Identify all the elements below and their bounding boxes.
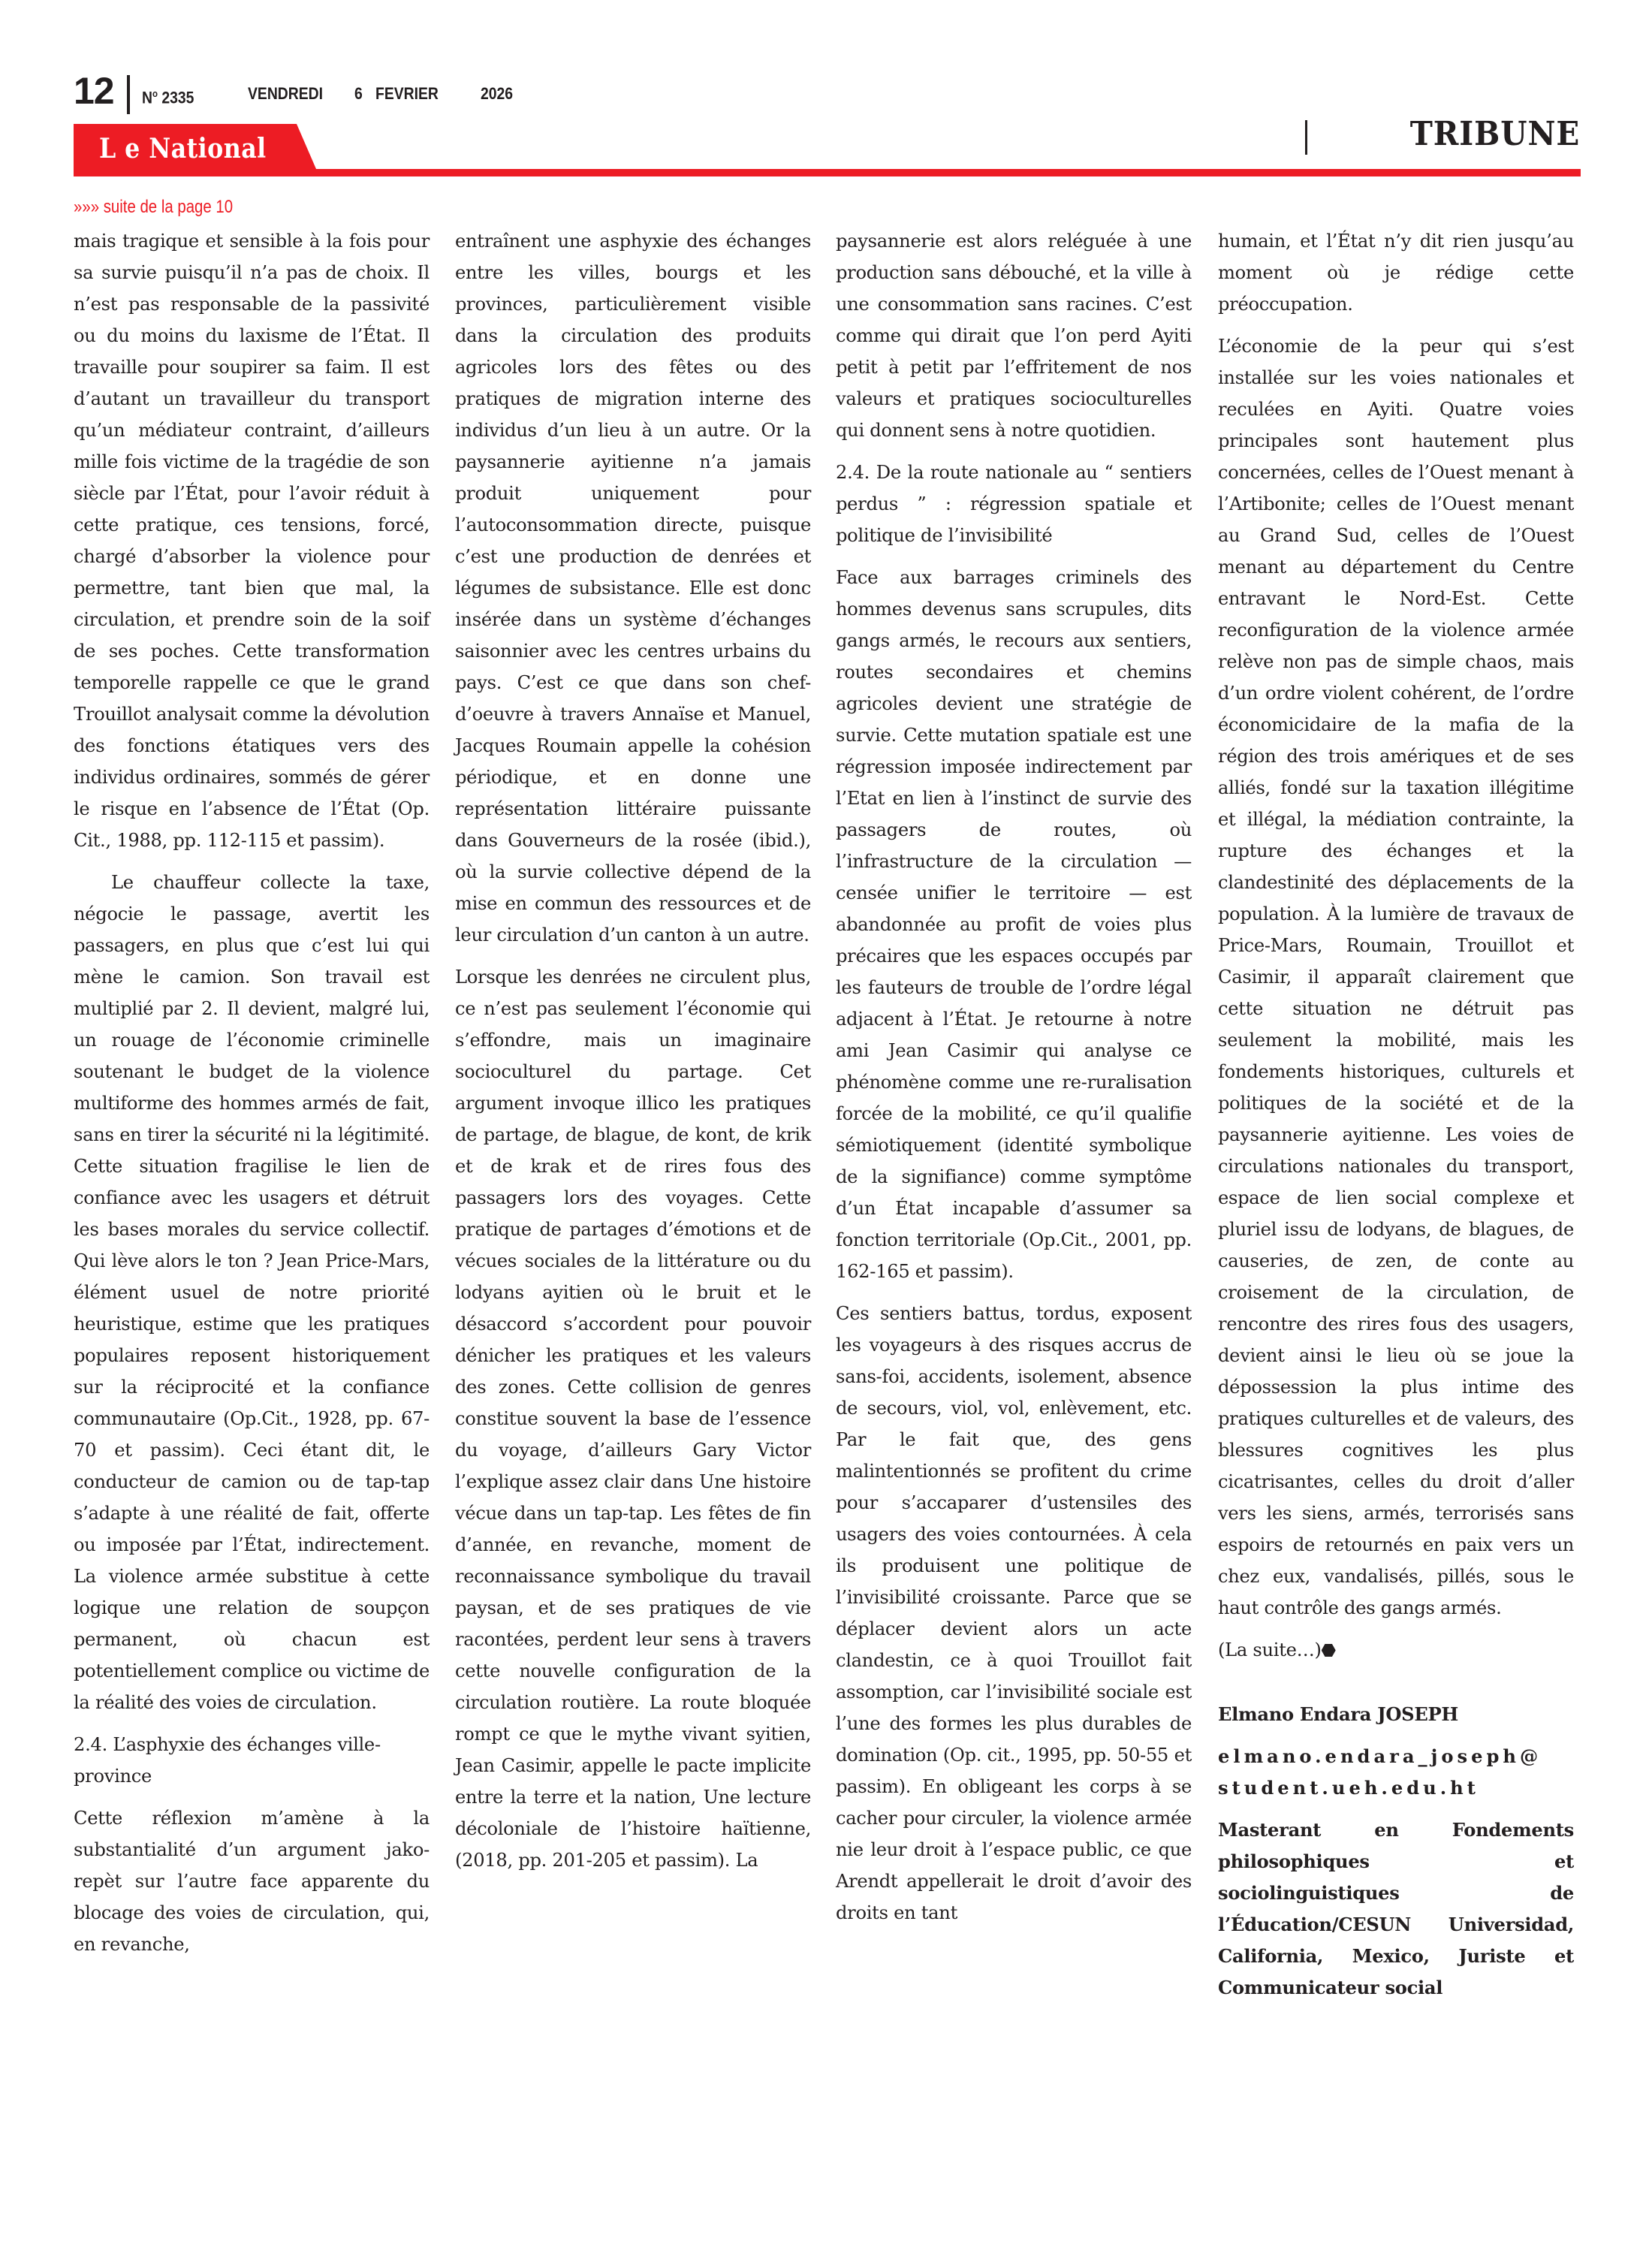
page-number: 12 [74, 72, 114, 110]
article-column-2: entraînent une asphyxie des échanges ent… [455, 225, 811, 1887]
paragraph: humain, et l’État n’y dit rien jusqu’au … [1218, 225, 1574, 320]
author-name: Elmano Endara JOSEPH [1218, 1699, 1574, 1730]
issue-weekday: VENDREDI [248, 86, 323, 102]
header-divider [127, 75, 130, 114]
paragraph: Face aux barrages criminels des hommes d… [836, 562, 1192, 1287]
author-email[interactable]: elmano.endara_joseph@ student.ueh.edu.ht [1218, 1741, 1574, 1804]
banner-shape [74, 124, 1581, 176]
issue-month: FEVRIER [375, 86, 439, 102]
author-signature: Elmano Endara JOSEPH elmano.endara_josep… [1218, 1699, 1574, 2004]
article-column-3: paysannerie est alors reléguée à une pro… [836, 225, 1192, 1939]
issue-day: 6 [354, 86, 363, 102]
issue-number: No 2335 [142, 86, 194, 106]
paragraph: entraînent une asphyxie des échanges ent… [455, 225, 811, 951]
paragraph: Cette réflexion m’amène à la substantial… [74, 1802, 430, 1960]
paragraph: mais tragique et sensible à la fois pour… [74, 225, 430, 856]
brand-banner: L e National [74, 124, 1581, 176]
hexagon-end-mark-icon [1322, 1643, 1336, 1657]
article-column-1: mais tragique et sensible à la fois pour… [74, 225, 430, 1971]
continuation-note: (La suite…) [1218, 1634, 1574, 1666]
paragraph: paysannerie est alors reléguée à une pro… [836, 225, 1192, 446]
paragraph: Lorsque les denrées ne circulent plus, c… [455, 961, 811, 1876]
subheading: 2.4. L’asphyxie des échanges ville-provi… [74, 1729, 430, 1792]
issue-year: 2026 [481, 86, 513, 102]
paragraph: Ces sentiers battus, tordus, exposent le… [836, 1298, 1192, 1929]
brand-logo: L e National [99, 133, 267, 164]
paragraph: Le chauffeur collecte la taxe, négocie l… [74, 867, 430, 1718]
article-column-4: humain, et l’État n’y dit rien jusqu’au … [1218, 225, 1574, 2014]
paragraph: L’économie de la peur qui s’est installé… [1218, 330, 1574, 1624]
continued-from-link[interactable]: »»» suite de la page 10 [74, 197, 233, 218]
subheading: 2.4. De la route nationale au “ sentiers… [836, 457, 1192, 551]
author-bio: Masterant en Fondements philosophiques e… [1218, 1814, 1574, 2004]
